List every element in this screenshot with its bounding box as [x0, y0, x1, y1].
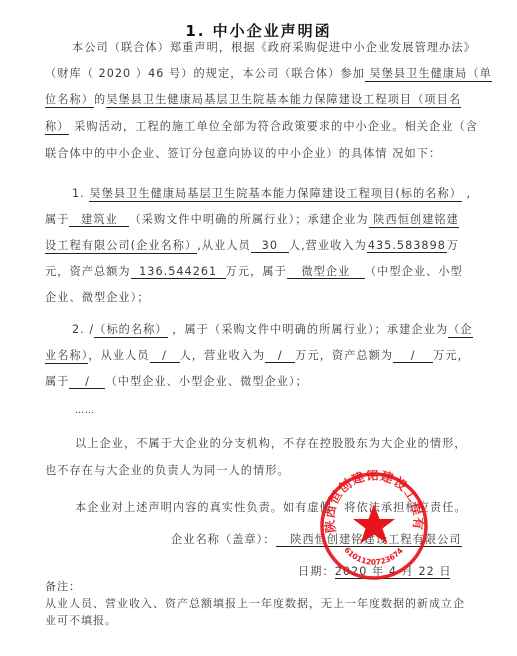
label: 万元，属于: [226, 265, 287, 278]
note-label: 备注：: [45, 580, 81, 594]
label: 属于: [45, 213, 69, 226]
company-name-fill: 陕西恒创建铭建设工程有限公司: [276, 533, 462, 547]
assets-fill: /: [393, 349, 433, 363]
seal-code: 6101120723674: [342, 545, 404, 566]
declaration-line-1: 以上企业，不属于大企业的分支机构，不存在控股股东为大企业的情形，: [75, 437, 490, 451]
label: ，从业人员: [88, 349, 149, 362]
label: （采购文件中明确的所属行业）；承建企业为: [129, 213, 368, 226]
item2-line-1: 2. /（标的名称） ，属于（采购文件中明确的所属行业）；承建企业为（企: [72, 323, 460, 337]
subject-name-fill: （标的名称）: [94, 323, 167, 338]
revenue-fill: 435.583898: [367, 239, 447, 253]
buyer-name-fill-cont: 位名称）: [45, 93, 94, 108]
buyer-name-fill: 吴堡县卫生健康局（单: [365, 67, 492, 82]
label: 万元，: [433, 349, 470, 362]
revenue-fill: /: [265, 349, 295, 363]
item1-line-3: 设工程有限公司(企业名称）,从业人员30人,营业收入为435.583898万: [45, 239, 460, 253]
date-fill: 2020 年 4 月 22 日: [335, 565, 450, 579]
label: 属于: [45, 375, 69, 388]
intro-line-3: 位名称）的吴堡县卫生健康局基层卫生院基本能力保障建设工程项目（项目名: [45, 93, 460, 107]
company-fill-cont: 业名称）: [45, 349, 88, 364]
size-fill: 微型企业: [287, 265, 365, 279]
date-label: 日期：: [298, 565, 335, 578]
subject-name-fill: 吴堡县卫生健康局基层卫生院基本能力保障建设工程项目(标的名称）: [89, 187, 462, 202]
label: 万元，资产总额为: [295, 349, 393, 362]
date-line: 日期：2020 年 4 月 22 日: [298, 565, 450, 579]
size-fill: /: [69, 375, 105, 389]
project-name-fill-cont: 称）: [45, 120, 69, 135]
item-number: 1.: [72, 187, 89, 200]
responsibility-statement: 本企业对上述声明内容的真实性负责。如有虚假，将依法承担相应责任。: [75, 501, 490, 515]
company-fill-cont: 设工程有限公司(企业名称）: [45, 239, 197, 254]
company-fill: （企: [448, 323, 472, 338]
intro-line-1: 本公司（联合体）郑重声明，根据《政府采购促进中小企业发展管理办法》: [72, 41, 460, 55]
label: 万: [447, 239, 459, 252]
project-name-fill: 吴堡县卫生健康局基层卫生院基本能力保障建设工程项目（项目名: [106, 93, 461, 108]
item1-line-1: 1. 吴堡县卫生健康局基层卫生院基本能力保障建设工程项目(标的名称） ,: [72, 187, 460, 201]
label: 人，营业收入为: [180, 349, 266, 362]
intro-text: 采购活动，工程的施工单位全部为符合政策要求的中小企业。相关企业（含: [69, 120, 477, 133]
label: 人,营业收入为: [289, 239, 367, 252]
intro-line-5: 联合体中的中小企业、签订分包意向协议的中小企业）的具体情 况如下：: [45, 147, 460, 161]
company-fill: 陕西恒创建铭建: [369, 213, 459, 228]
label: （中型企业、小型: [365, 265, 463, 278]
ellipsis: ……: [75, 404, 490, 418]
declaration-line-2: 也不存在与大企业的负责人为同一人的情形。: [45, 464, 460, 478]
staff-fill: /: [150, 349, 180, 363]
svg-text:6101120723674: 6101120723674: [342, 545, 404, 566]
intro-text: （财库（ 2020 ）46 号）的规定，本公司（联合体）参加: [45, 67, 365, 80]
item1-line-2: 属于建筑业（采购文件中明确的所属行业）；承建企业为 陕西恒创建铭建: [45, 213, 460, 227]
document-title: 1. 中小企业声明函: [0, 20, 517, 41]
item2-line-2: 业名称），从业人员/人，营业收入为/万元，资产总额为/万元，: [45, 349, 460, 363]
company-signature-line: 企业名称（盖章）：陕西恒创建铭建设工程有限公司: [171, 533, 462, 547]
intro-text: 的: [94, 93, 106, 106]
item1-line-4: 元，资产总额为136.544261万元，属于微型企业（中型企业、小型: [45, 265, 460, 279]
note-line-1: 从业人员、营业收入、资产总额填报上一年度数据，无上一年度数据的新成立企: [45, 597, 465, 611]
item1-line-5: 企业、微型企业）；: [45, 291, 460, 305]
label: ，属于（采购文件中明确的所属行业）；承建企业为: [168, 323, 448, 336]
punct: ,: [462, 187, 471, 200]
note-line-2: 业可不填报。: [45, 614, 117, 628]
industry-fill: 建筑业: [69, 213, 129, 227]
label: （中型企业、小型企业、微型企业）；: [105, 375, 307, 388]
intro-line-4: 称） 采购活动，工程的施工单位全部为符合政策要求的中小企业。相关企业（含: [45, 120, 460, 134]
item-number: 2. /: [72, 323, 94, 336]
assets-fill: 136.544261: [131, 265, 226, 279]
staff-fill: 30: [251, 239, 289, 253]
item2-line-3: 属于/（中型企业、小型企业、微型企业）；: [45, 375, 460, 389]
label: ,从业人员: [197, 239, 251, 252]
company-label: 企业名称（盖章）：: [171, 533, 276, 546]
label: 元，资产总额为: [45, 265, 131, 278]
intro-line-2: （财库（ 2020 ）46 号）的规定，本公司（联合体）参加 吴堡县卫生健康局（…: [45, 67, 460, 81]
